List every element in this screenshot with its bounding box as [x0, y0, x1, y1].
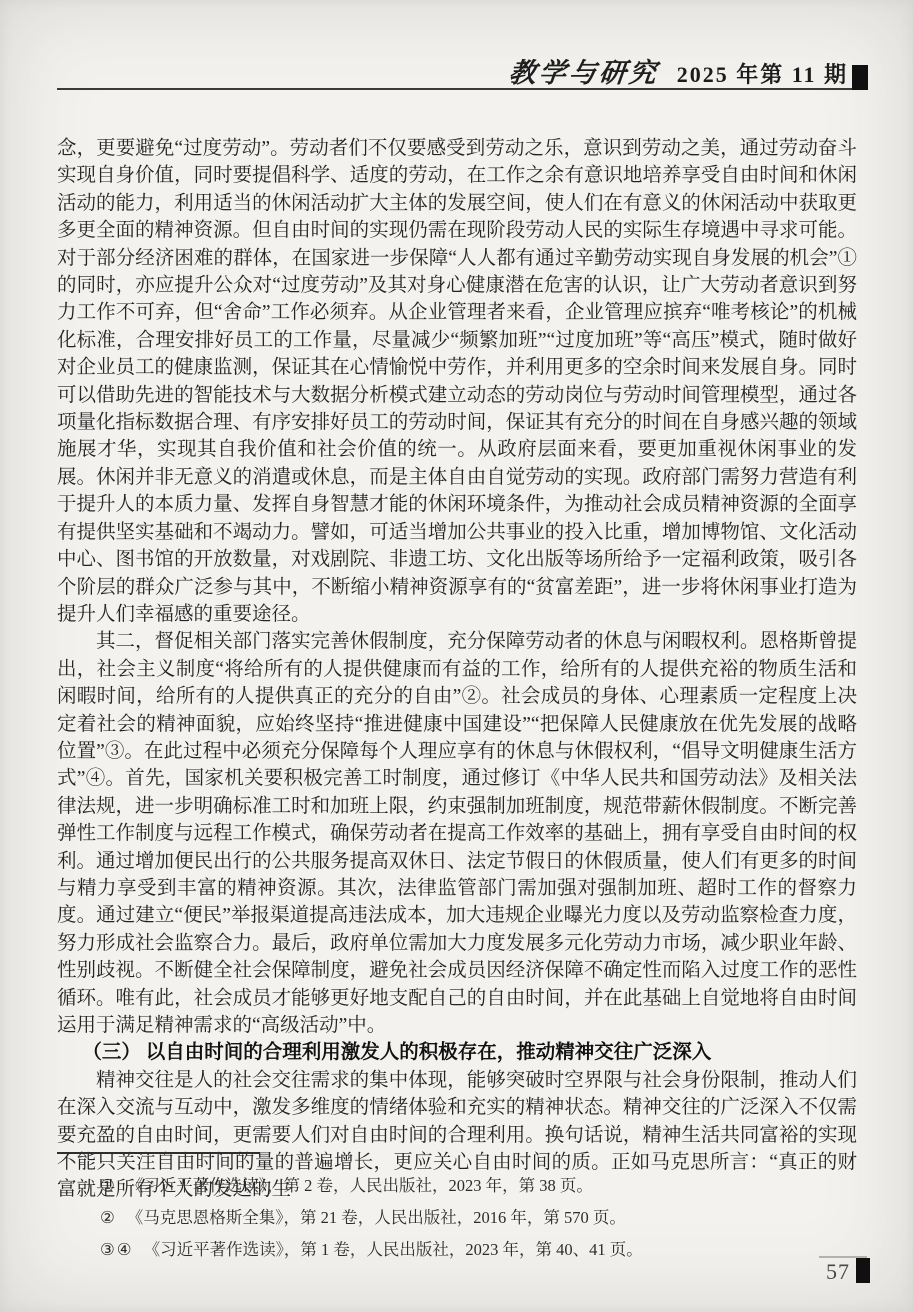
footnote-separator-rule: [57, 1152, 260, 1154]
header-rule: [57, 88, 857, 90]
footnote-2: ②《马克思恩格斯全集》，第 21 卷，人民出版社，2016 年，第 570 页。: [100, 1202, 820, 1234]
footnote-marker-1: ①: [100, 1176, 117, 1195]
footer-corner-mark-icon: [856, 1258, 870, 1283]
footnote-text-2: 《马克思恩格斯全集》，第 21 卷，人民出版社，2016 年，第 570 页。: [127, 1208, 626, 1227]
footnote-marker-3: ③④: [100, 1240, 134, 1259]
paragraph-second-point: 其二，督促相关部门落实完善休假制度，充分保障劳动者的休息与闲暇权利。恩格斯曾提出…: [57, 628, 857, 1039]
article-body: 念，更要避免“过度劳动”。劳动者们不仅要感受到劳动之乐，意识到劳动之美，通过劳动…: [57, 135, 857, 1204]
footnote-1: ①《习近平著作选读》，第 2 卷，人民出版社，2023 年，第 38 页。: [100, 1170, 820, 1202]
footnote-text-3: 《习近平著作选读》，第 1 卷，人民出版社，2023 年，第 40、41 页。: [144, 1240, 643, 1259]
footnote-text-1: 《习近平著作选读》，第 2 卷，人民出版社，2023 年，第 38 页。: [127, 1176, 593, 1195]
journal-page: 教学与研究 2025 年第 11 期 念，更要避免“过度劳动”。劳动者们不仅要感…: [0, 0, 913, 1312]
journal-issue: 2025 年第 11 期: [677, 62, 848, 87]
footnote-3: ③④《习近平著作选读》，第 1 卷，人民出版社，2023 年，第 40、41 页…: [100, 1234, 820, 1266]
journal-title: 教学与研究: [507, 58, 660, 88]
footnotes-block: ①《习近平著作选读》，第 2 卷，人民出版社，2023 年，第 38 页。 ②《…: [100, 1170, 820, 1266]
header-corner-mark-icon: [852, 65, 868, 90]
section-heading: （三） 以自由时间的合理利用激发人的积极存在，推动精神交往广泛深入: [57, 1039, 857, 1066]
footnote-marker-2: ②: [100, 1208, 117, 1227]
page-number: 57: [822, 1259, 854, 1285]
paragraph-continued: 念，更要避免“过度劳动”。劳动者们不仅要感受到劳动之乐，意识到劳动之美，通过劳动…: [57, 135, 857, 628]
